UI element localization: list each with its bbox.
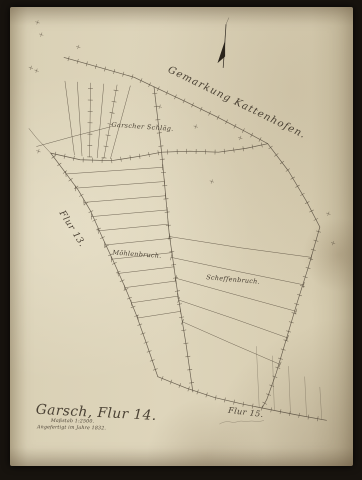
strip-garscher-1 — [65, 81, 74, 155]
strip-moehlenbruch-4 — [91, 207, 167, 219]
strip-garscher-3 — [87, 83, 93, 157]
strip-corner-3 — [289, 366, 291, 413]
label-field-name-scheffenbruch: Scheffenbruch. — [206, 273, 260, 286]
map-paper: Gemarkung Kattenhofen.Garscher Schläg.Fl… — [10, 7, 353, 466]
strip-moehlenbruch-5 — [98, 221, 169, 233]
transversal-line — [37, 127, 112, 147]
label-map-scale: Maßstab 1:2500. — [50, 418, 95, 425]
strip-corner-5 — [320, 387, 322, 419]
boundary-middle — [51, 143, 268, 164]
label-adjacent-flur-15: Flur 15. — [227, 406, 264, 419]
strip-moehlenbruch-9 — [124, 278, 176, 290]
strip-moehlenbruch-2 — [75, 179, 165, 191]
map-svg: Gemarkung Kattenhofen.Garscher Schläg.Fl… — [10, 7, 353, 466]
boundary-right-upper — [268, 144, 320, 227]
strip-scheffenbruch-5 — [181, 319, 281, 367]
strip-corner-4 — [305, 377, 307, 417]
strip-moehlenbruch-8 — [118, 264, 175, 276]
strip-moehlenbruch-10 — [131, 293, 178, 305]
strip-moehlenbruch-3 — [84, 193, 166, 205]
strip-moehlenbruch-1 — [66, 164, 163, 176]
label-field-name-garscher-schlaeg: Garscher Schläg. — [111, 121, 174, 133]
boundary-right-lower — [262, 227, 321, 408]
boundary-left — [51, 153, 158, 377]
label-adjacent-flur-13: Flur 13. — [56, 208, 87, 249]
strip-corner-1 — [256, 346, 259, 407]
scanned-map-page: { "colors": { "scan_background": "#17130… — [0, 0, 362, 480]
strip-moehlenbruch-11 — [137, 308, 181, 320]
strip-scheffenbruch-1 — [169, 234, 312, 261]
strip-garscher-2 — [77, 82, 82, 156]
margin-stub — [29, 128, 51, 153]
strip-scheffenbruch-4 — [178, 297, 289, 340]
strip-garscher-4 — [97, 84, 104, 158]
north-arrow-icon — [218, 18, 229, 68]
signature-scribble — [219, 420, 264, 424]
label-map-date: Angefertigt im Jahre 1832. — [36, 424, 106, 431]
strip-moehlenbruch-6 — [104, 235, 170, 247]
